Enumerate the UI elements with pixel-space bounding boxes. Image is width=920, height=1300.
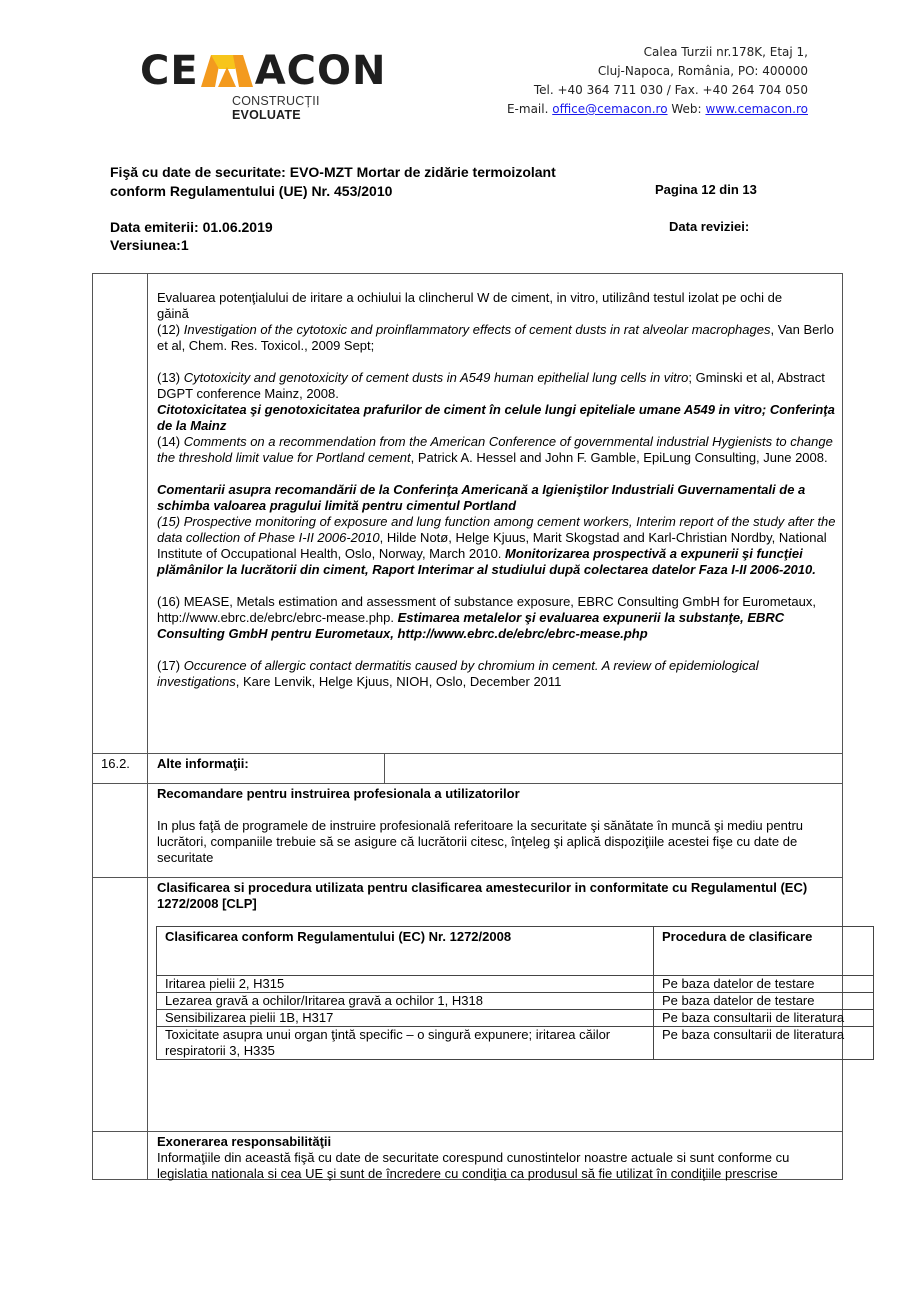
section-label: Alte informaţii: (157, 756, 249, 771)
reference-12: (12) Investigation of the cytotoxic and … (157, 322, 837, 354)
logo-tagline-bold: EVOLUATE (232, 108, 301, 122)
reference-17: (17) Occurence of allergic contact derma… (157, 658, 837, 690)
reference-14-ro: Comentarii asupra recomandării de la Con… (157, 482, 837, 514)
column-header-procedure: Procedura de clasificare (654, 927, 874, 976)
reference-number: (14) (157, 434, 184, 449)
reference-16: (16) MEASE, Metals estimation and assess… (157, 594, 837, 642)
classification-heading-text: Clasificarea si procedura utilizata pent… (157, 880, 807, 911)
disclaimer: Exonerarea responsabilităţii Informaţiil… (157, 1134, 837, 1182)
table-row: Iritarea pielii 2, H315 Pe baza datelor … (157, 976, 874, 993)
classification-cell: Lezarea gravă a ochilor/Iritarea gravă a… (157, 993, 654, 1010)
procedure-cell: Pe baza datelor de testare (654, 993, 874, 1010)
document-title: Fişă cu date de securitate: EVO-MZT Mort… (110, 163, 556, 201)
page-number: Pagina 12 din 13 (655, 182, 757, 197)
reference-15: (15) Prospective monitoring of exposure … (157, 514, 837, 578)
reference-source: , Patrick A. Hessel and John F. Gamble, … (411, 450, 828, 465)
email-label: E-mail. (507, 102, 548, 116)
reference-14: (14) Comments on a recommendation from t… (157, 434, 837, 466)
address-line-1: Calea Turzii nr.178K, Etaj 1, (507, 43, 808, 62)
cemacon-logo: CE ACON CONSTRUCȚII EVOLUATE (140, 52, 390, 112)
procedure-cell: Pe baza datelor de testare (654, 976, 874, 993)
logo-text-right: ACON (255, 52, 387, 90)
cell-divider (384, 754, 385, 784)
section-number: 16.2. (101, 756, 130, 771)
table-row: Toxicitate asupra unui organ ţintă speci… (157, 1027, 874, 1060)
reference-11-tail: Evaluarea potenţialului de iritare a och… (157, 290, 837, 322)
company-contact: Calea Turzii nr.178K, Etaj 1, Cluj-Napoc… (507, 43, 808, 119)
disclaimer-heading: Exonerarea responsabilităţii (157, 1134, 331, 1149)
classification-table: Clasificarea conform Regulamentului (EC)… (156, 926, 874, 1060)
logo-text-left: CE (140, 52, 199, 90)
web-label: Web: (671, 102, 701, 116)
training-recommendation: Recomandare pentru instruirea profesiona… (157, 786, 837, 866)
logo-tagline: CONSTRUCȚII EVOLUATE (232, 94, 390, 122)
reference-translation: Citotoxicitatea şi genotoxicitatea prafu… (157, 402, 835, 433)
reference-13-ro: Citotoxicitatea şi genotoxicitatea prafu… (157, 402, 837, 434)
column-header-classification: Clasificarea conform Regulamentului (EC)… (157, 927, 654, 976)
reference-title: Cytotoxicity and genotoxicity of cement … (184, 370, 689, 385)
table-row: Lezarea gravă a ochilor/Iritarea gravă a… (157, 993, 874, 1010)
disclaimer-text: Informaţiile din această fişă cu date de… (157, 1150, 837, 1182)
reference-number: (17) (157, 658, 184, 673)
row-divider (92, 1131, 843, 1132)
document-title-line-1: Fişă cu date de securitate: EVO-MZT Mort… (110, 163, 556, 182)
classification-cell: Iritarea pielii 2, H315 (157, 976, 654, 993)
website-link[interactable]: www.cemacon.ro (705, 102, 808, 116)
reference-number: (12) (157, 322, 184, 337)
references-list: Evaluarea potenţialului de iritare a och… (157, 290, 837, 690)
logo-tagline-regular: CONSTRUCȚII (232, 94, 320, 108)
table-row: Sensibilizarea pielii 1B, H317 Pe baza c… (157, 1010, 874, 1027)
email-link[interactable]: office@cemacon.ro (552, 102, 667, 116)
issue-date: Data emiterii: 01.06.2019 (110, 218, 273, 236)
email-web-line: E-mail. office@cemacon.ro Web: www.cemac… (507, 100, 808, 119)
classification-heading: Clasificarea si procedura utilizata pent… (157, 880, 837, 912)
reference-title: Investigation of the cytotoxic and proin… (184, 322, 771, 337)
classification-cell: Toxicitate asupra unui organ ţintă speci… (157, 1027, 654, 1060)
row-divider (92, 877, 843, 878)
address-line-2: Cluj-Napoca, România, PO: 400000 (507, 62, 808, 81)
procedure-cell: Pe baza consultarii de literatura (654, 1010, 874, 1027)
row-divider (92, 783, 843, 784)
procedure-cell: Pe baza consultarii de literatura (654, 1027, 874, 1060)
reference-text: găină (157, 306, 189, 321)
training-heading: Recomandare pentru instruirea profesiona… (157, 786, 520, 801)
logo-wordmark: CE ACON (140, 52, 386, 90)
reference-13: (13) Cytotoxicity and genotoxicity of ce… (157, 370, 837, 402)
logo-m-icon (201, 55, 253, 87)
reference-translation: Comentarii asupra recomandării de la Con… (157, 482, 805, 513)
column-divider (147, 273, 148, 1180)
reference-text: Evaluarea potenţialului de iritare a och… (157, 290, 782, 305)
version: Versiunea:1 (110, 236, 273, 254)
reference-number: (13) (157, 370, 184, 385)
phone-fax-line: Tel. +40 364 711 030 / Fax. +40 264 704 … (507, 81, 808, 100)
issue-info: Data emiterii: 01.06.2019 Versiunea:1 (110, 218, 273, 254)
document-title-line-2: conform Regulamentului (UE) Nr. 453/2010 (110, 182, 556, 201)
reference-source: , Kare Lenvik, Helge Kjuus, NIOH, Oslo, … (236, 674, 562, 689)
classification-cell: Sensibilizarea pielii 1B, H317 (157, 1010, 654, 1027)
revision-date: Data reviziei: (669, 219, 749, 234)
training-text: In plus faţă de programele de instruire … (157, 818, 837, 866)
row-divider (92, 753, 843, 754)
